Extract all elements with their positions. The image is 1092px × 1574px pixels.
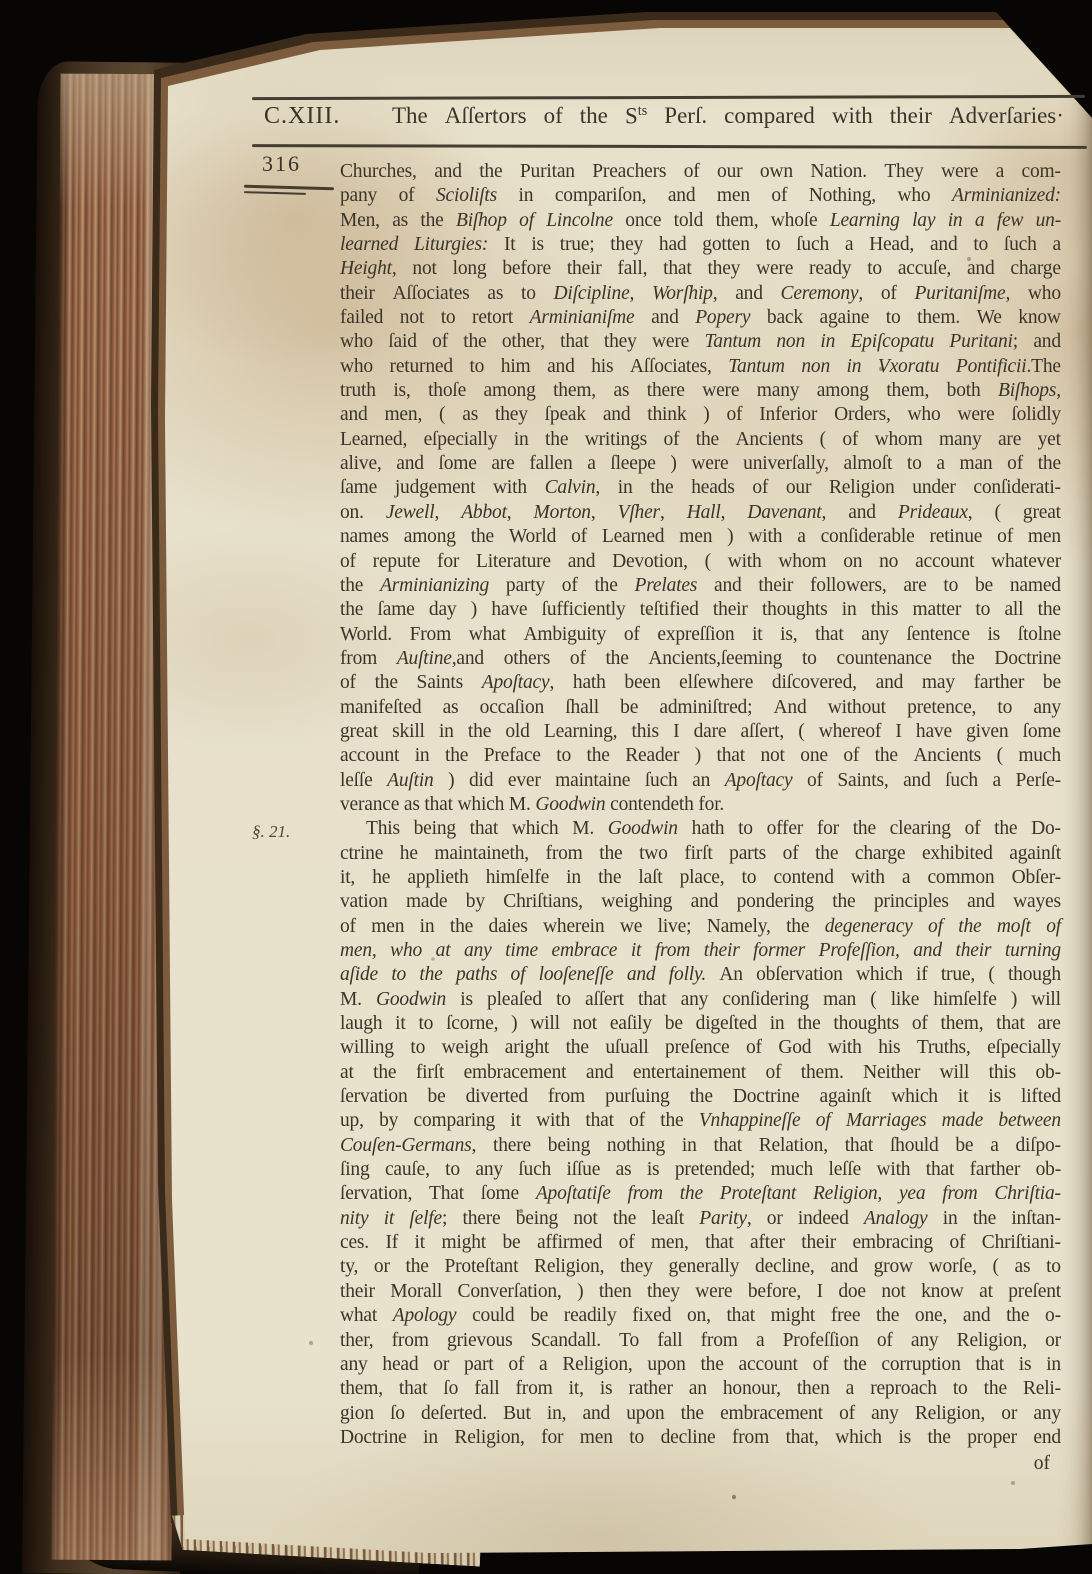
text-line: ThisbeingthatwhichM.Goodwinhathtoofferfo…: [340, 817, 1061, 841]
text-line: greatskillintheoldLearning,thisIdareaſſe…: [340, 720, 1061, 744]
text-line: fromAuſtine,andothersoftheAncients,ſeemi…: [340, 647, 1061, 671]
text-line: anyheadorpartofaReligion,upontheaccounto…: [340, 1353, 1061, 1377]
text-line: ofmeninthedaieswhereinwelive;Namely,thed…: [340, 915, 1061, 939]
text-line: whatApologycouldbereadilyfixedon,thatmig…: [340, 1304, 1061, 1328]
text-line: gionſodeſerted.Butin,andupontheembraceme…: [340, 1402, 1061, 1426]
text-line: ctrinehemaintaineth,fromthetwofirſtparts…: [340, 842, 1061, 866]
text-line: Churches,andthePuritanPreachersofourownN…: [340, 160, 1061, 184]
header-rule-top: [252, 95, 1085, 100]
body-text: Churches,andthePuritanPreachersofourownN…: [340, 160, 1061, 1450]
text-line: Height,notlongbeforetheirfall,thattheywe…: [340, 257, 1061, 281]
text-line: oftheSaintsApoſtacy,hathbeenelſewherediſ…: [340, 671, 1061, 695]
text-line: theirMorallConverſation,)thentheywerebef…: [340, 1280, 1061, 1304]
text-line: panyofScioliſtsincompariſon,andmenofNoth…: [340, 184, 1061, 208]
text-line: men,whoatanytimeembraceitfromtheirformer…: [340, 939, 1061, 963]
chapter-label: C.XIII.: [264, 103, 340, 130]
text-line: aſidetothepathsoflooſeneſſeandfolly.Anob…: [340, 963, 1061, 987]
text-line: failednottoretortArminianiſmeandPoperyba…: [340, 306, 1061, 330]
text-line: vationmadebyChriſtians,weighingandponder…: [340, 890, 1061, 914]
text-line: ther,fromgrievousScandall.TofallfromaPro…: [340, 1329, 1061, 1353]
paper-specks: [0, 0, 2, 2]
text-line: theſameday)haveſufficientlyteſtifiedthei…: [340, 598, 1061, 622]
text-line: ty,ortheProteſtantReligion,theygenerally…: [340, 1255, 1061, 1279]
text-line: accountinthePrefacetotheReader)thatnoton…: [340, 744, 1061, 768]
text-line: World.FromwhatAmbiguityofexpreſſionitis,…: [340, 623, 1061, 647]
text-line: up,bycomparingitwiththatoftheVnhappineſſ…: [340, 1109, 1061, 1133]
text-line: namesamongtheWorldofLearnedmen)withaconſ…: [340, 525, 1061, 549]
text-line: manifeſtedasoccaſionſhallbeadminiſtred;A…: [340, 696, 1061, 720]
text-line: on.Jewell,Abbot,Morton,Vſher,Hall,Davena…: [340, 501, 1061, 525]
text-line: ſingcauſe,toanyſuchiſſueasispretended;mu…: [340, 1158, 1061, 1182]
text-line: willingtoweigharighttheuſuallpreſenceofG…: [340, 1036, 1061, 1060]
text-line: laughittoſcorne,)willnoteaſilybedigeſted…: [340, 1012, 1061, 1036]
text-line: Couſen-Germans,therebeingnothinginthatRe…: [340, 1134, 1061, 1158]
text-line: whoſaidoftheother,thattheywereTantumnoni…: [340, 330, 1061, 354]
text-line: alive,andſomearefallenaſleepe)wereuniver…: [340, 452, 1061, 476]
text-line: whoreturnedtohimandhisAſſociates,Tantumn…: [340, 355, 1061, 379]
printed-page: C.XIII. TheAſſertorsoftheStsPerſ.compare…: [0, 0, 1092, 1574]
text-line: learnedLiturgies:Itistrue;theyhadgottent…: [340, 233, 1061, 257]
header-rule-bottom: [252, 144, 1087, 149]
text-line: andmen,(astheyſpeakandthink)ofInferiorOr…: [340, 403, 1061, 427]
page-number: 316: [262, 151, 301, 177]
text-line: leſſeAuſtin)didevermaintaineſuchanApoſta…: [340, 769, 1061, 793]
margin-section-note: §. 21.: [252, 822, 290, 842]
text-line: Learned,eſpeciallyinthewritingsoftheAnci…: [340, 428, 1061, 452]
text-line: theirAſſociatesastoDiſcipline,Worſhip,an…: [340, 282, 1061, 306]
text-line: ces.Ifitmightbeaffirmedofmen,thatafterth…: [340, 1231, 1061, 1255]
page-number-underline-1: [244, 185, 334, 191]
text-line: ſervationbedivertedfrompurſuingtheDoctri…: [340, 1085, 1061, 1109]
text-line: atthefirſtembracementandentertainementof…: [340, 1061, 1061, 1085]
text-line: theArminianizingpartyofthePrelatesandthe…: [340, 574, 1061, 598]
text-line: truthis,thoſeamongthem,asthereweremanyam…: [340, 379, 1061, 403]
text-line: verance as that which M. Goodwin contend…: [340, 793, 1061, 817]
running-title: TheAſſertorsoftheStsPerſ.comparedwiththe…: [392, 103, 1064, 130]
text-line: Men,astheBiſhopofLincolneoncetoldthem,wh…: [340, 209, 1061, 233]
book-photo: C.XIII. TheAſſertorsoftheStsPerſ.compare…: [0, 0, 1092, 1574]
text-line: DoctrineinReligion,formentodeclinefromth…: [340, 1426, 1061, 1450]
text-line: ſamejudgementwithCalvin,intheheadsofourR…: [340, 476, 1061, 500]
text-line: ſervation,ThatſomeApoſtatiſefromtheProte…: [340, 1182, 1061, 1206]
page-number-underline-2: [244, 191, 306, 195]
text-line: M.Goodwinispleaſedtoaſſertthatanyconſide…: [340, 988, 1061, 1012]
text-line: it,heappliethhimſelfeinthelaſtplace,toco…: [340, 866, 1061, 890]
text-line: ofreputeforLiteratureandDevotion,(withwh…: [340, 550, 1061, 574]
catchword: of: [340, 1452, 1050, 1476]
text-line: them,thatſofallfromit,isratheranhonour,t…: [340, 1377, 1061, 1401]
text-line: nityitſelfe;therebeingnottheleaſtParity,…: [340, 1207, 1061, 1231]
